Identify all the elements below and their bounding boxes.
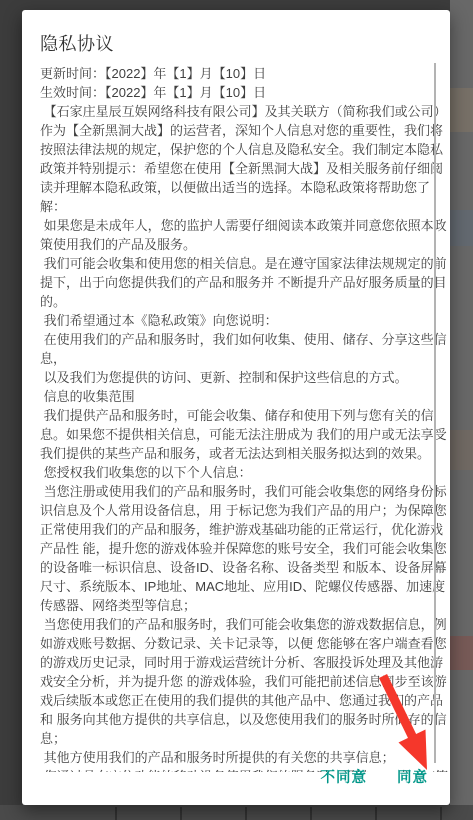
backdrop-grid-line: [245, 807, 247, 820]
disagree-button[interactable]: 不同意: [319, 764, 370, 789]
privacy-dialog: 隐私协议 更新时间：【2022】年【1】月【10】日 生效时间：【2022】年【…: [22, 10, 450, 805]
agree-button[interactable]: 同意: [395, 764, 430, 789]
backdrop-patch: [450, 430, 473, 470]
backdrop-patch: [450, 88, 473, 132]
backdrop-patch: [450, 210, 473, 246]
screen: 隐私协议 更新时间：【2022】年【1】月【10】日 生效时间：【2022】年【…: [0, 0, 473, 820]
dialog-title: 隐私协议: [40, 30, 114, 56]
scrollbar[interactable]: [434, 63, 436, 763]
dialog-button-row: 不同意 同意: [319, 764, 431, 789]
backdrop-grid-line: [375, 807, 377, 820]
backdrop-grid-line: [180, 807, 182, 820]
backdrop-grid-line: [310, 807, 312, 820]
privacy-policy-text[interactable]: 更新时间：【2022】年【1】月【10】日 生效时间：【2022】年【1】月【1…: [40, 64, 450, 772]
backdrop-patch: [450, 636, 473, 670]
backdrop-grid-line: [440, 807, 442, 820]
dimmed-backdrop: [450, 0, 473, 820]
backdrop-grid-line: [115, 807, 117, 820]
dimmed-backdrop-bottom: [0, 805, 473, 820]
